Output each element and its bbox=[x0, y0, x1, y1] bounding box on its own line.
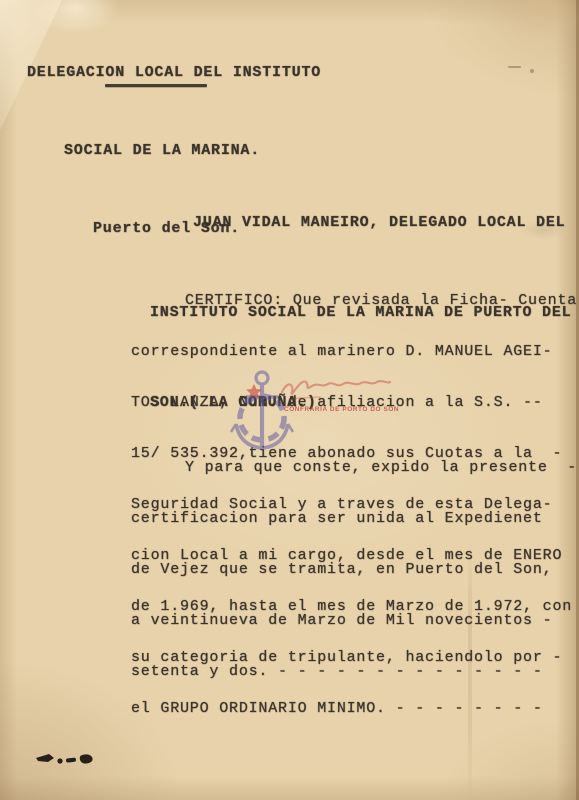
document-page: DELEGACION LOCAL DEL INSTITUTO SOCIAL DE… bbox=[0, 0, 579, 800]
certification-line: CERTIFICO: Que revisada la Ficha- Cuenta bbox=[131, 292, 577, 309]
closing-line: de Vejez que se tramita, en Puerto del S… bbox=[131, 561, 577, 578]
paper-stain-top-right bbox=[479, 0, 579, 40]
certification-line: correspondiente al marinero D. MANUEL AG… bbox=[131, 343, 577, 360]
stray-mark-dot bbox=[530, 69, 534, 73]
certification-line: TOS LANZA, Num. de afiliacion a la S.S. … bbox=[131, 394, 577, 411]
letterhead-underline bbox=[105, 84, 207, 87]
closing-line: setenta y dos. - - - - - - - - - - - - -… bbox=[131, 663, 577, 680]
closing-line: Y para que conste, expido la presente - bbox=[131, 459, 577, 476]
ink-blots bbox=[30, 750, 104, 772]
letterhead-line-1: DELEGACION LOCAL DEL INSTITUTO bbox=[27, 60, 321, 86]
closing-line: a veintinueva de Marzo de Mil noveciento… bbox=[131, 612, 577, 629]
intro-line: JUAN VIDAL MANEIRO, DELEGADO LOCAL DEL bbox=[150, 208, 571, 238]
stray-mark-dash bbox=[508, 66, 521, 68]
closing-paragraph: Y para que conste, expido la presente - … bbox=[131, 425, 577, 714]
closing-line: certificacion para ser unida al Expedien… bbox=[131, 510, 577, 527]
